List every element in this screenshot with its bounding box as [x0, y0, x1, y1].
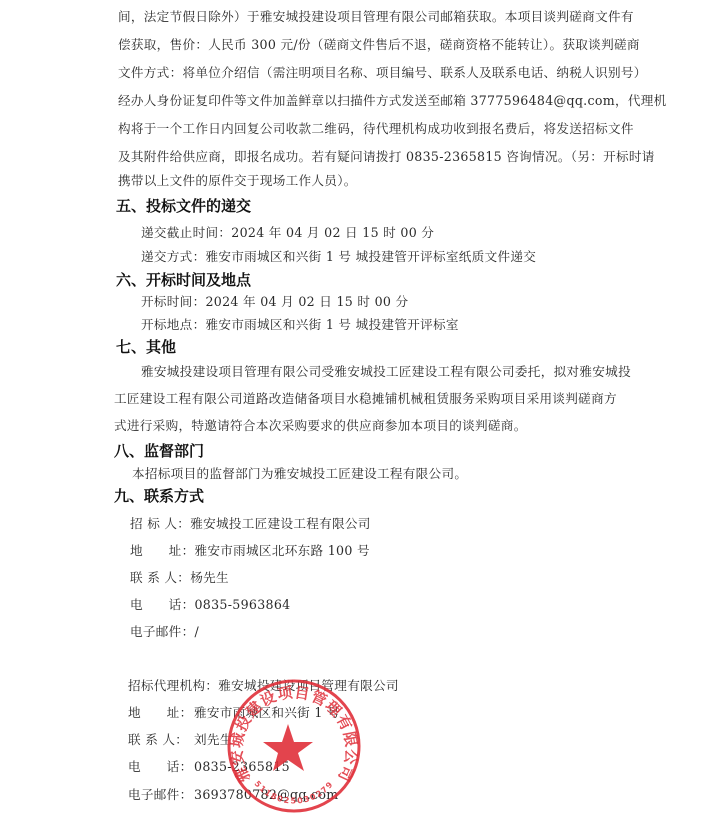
contact-label: 电子邮件：: [130, 624, 194, 639]
supervision-text: 本招标项目的监督部门为雅安城投工匠建设工程有限公司。: [132, 466, 467, 482]
agent-phone-row: 电 话：0835-2365815: [128, 759, 290, 775]
paragraph-line: 式进行采购，特邀请符合本次采购要求的供应商参加本项目的谈判磋商。: [114, 418, 527, 434]
contact-label: 电 话：: [130, 597, 194, 612]
paragraph-line: 雅安城投建设项目管理有限公司受雅安城投工匠建设工程有限公司委托，拟对雅安城投: [141, 364, 631, 380]
paragraph-line: 携带以上文件的原件交于现场工作人员）。: [118, 173, 357, 189]
section-heading-opening: 六、开标时间及地点: [116, 271, 251, 289]
opening-time: 开标时间：2024 年 04 月 02 日 15 时 00 分: [141, 294, 408, 310]
contact-value: 雅安市雨城区北环东路 100 号: [194, 543, 369, 558]
contact-label: 联 系 人：: [130, 570, 190, 585]
paragraph-line: 构将于一个工作日内回复公司收款二维码，待代理机构成功收到报名费后，将发送招标文件: [118, 121, 634, 137]
submission-deadline: 递交截止时间：2024 年 04 月 02 日 15 时 00 分: [141, 225, 434, 241]
contact-value: 雅安市雨城区和兴街 1 号: [194, 705, 340, 720]
contact-label: 招 标 人：: [130, 516, 190, 531]
tenderer-contact-row: 联 系 人：杨先生: [130, 570, 229, 586]
submission-method: 递交方式：雅安市雨城区和兴街 1 号 城投建管开评标室纸质文件递交: [141, 249, 536, 265]
contact-value: /: [194, 624, 199, 639]
agent-email-row: 电子邮件：3693780782@qq.com: [128, 787, 339, 803]
tenderer-address-row: 地 址：雅安市雨城区北环东路 100 号: [130, 543, 370, 559]
contact-value: 刘先生: [194, 732, 233, 747]
agent-contact-row: 联 系 人：刘先生: [128, 732, 233, 748]
paragraph-line: 经办人身份证复印件等文件加盖鲜章以扫描件方式发送至邮箱 3777596484@q…: [118, 93, 667, 109]
contact-value: 0835-2365815: [194, 759, 290, 774]
tenderer-name-row: 招 标 人：雅安城投工匠建设工程有限公司: [130, 516, 371, 532]
contact-label: 联 系 人：: [128, 732, 194, 748]
paragraph-line: 偿获取，售价：人民币 300 元/份（磋商文件售后不退，磋商资格不能转让）。获取…: [118, 37, 640, 53]
section-heading-submission: 五、投标文件的递交: [116, 197, 251, 215]
agent-name-row: 招标代理机构：雅安城投建设项目管理有限公司: [128, 678, 399, 694]
agent-address-row: 地 址：雅安市雨城区和兴街 1 号: [128, 705, 340, 721]
section-heading-supervision: 八、监督部门: [114, 442, 204, 460]
contact-label: 招标代理机构：: [128, 678, 218, 693]
paragraph-line: 及其附件给供应商，即报名成功。若有疑问请拨打 0835-2365815 咨询情况…: [118, 149, 655, 165]
paragraph-line: 文件方式：将单位介绍信（需注明项目名称、项目编号、联系人及联系电话、纳税人识别号…: [118, 65, 647, 81]
tenderer-phone-row: 电 话：0835-5963864: [130, 597, 290, 613]
section-heading-contact: 九、联系方式: [114, 487, 204, 505]
tenderer-email-row: 电子邮件：/: [130, 624, 199, 640]
contact-value: 雅安城投工匠建设工程有限公司: [190, 516, 371, 531]
contact-label: 电子邮件：: [128, 787, 194, 803]
contact-label: 地 址：: [128, 705, 194, 721]
contact-value: 杨先生: [190, 570, 229, 585]
contact-label: 地 址：: [130, 543, 194, 558]
opening-place: 开标地点：雅安市雨城区和兴街 1 号 城投建管开评标室: [141, 317, 459, 333]
contact-value: 3693780782@qq.com: [194, 787, 339, 802]
paragraph-line: 工匠建设工程有限公司道路改造储备项目水稳摊铺机械租赁服务采购项目采用谈判磋商方: [114, 391, 617, 407]
contact-label: 电 话：: [128, 759, 194, 775]
contact-value: 雅安城投建设项目管理有限公司: [218, 678, 399, 693]
paragraph-line: 间，法定节假日除外）于雅安城投建设项目管理有限公司邮箱获取。本项目谈判磋商文件有: [118, 9, 634, 25]
section-heading-other: 七、其他: [116, 338, 176, 356]
contact-value: 0835-5963864: [194, 597, 290, 612]
